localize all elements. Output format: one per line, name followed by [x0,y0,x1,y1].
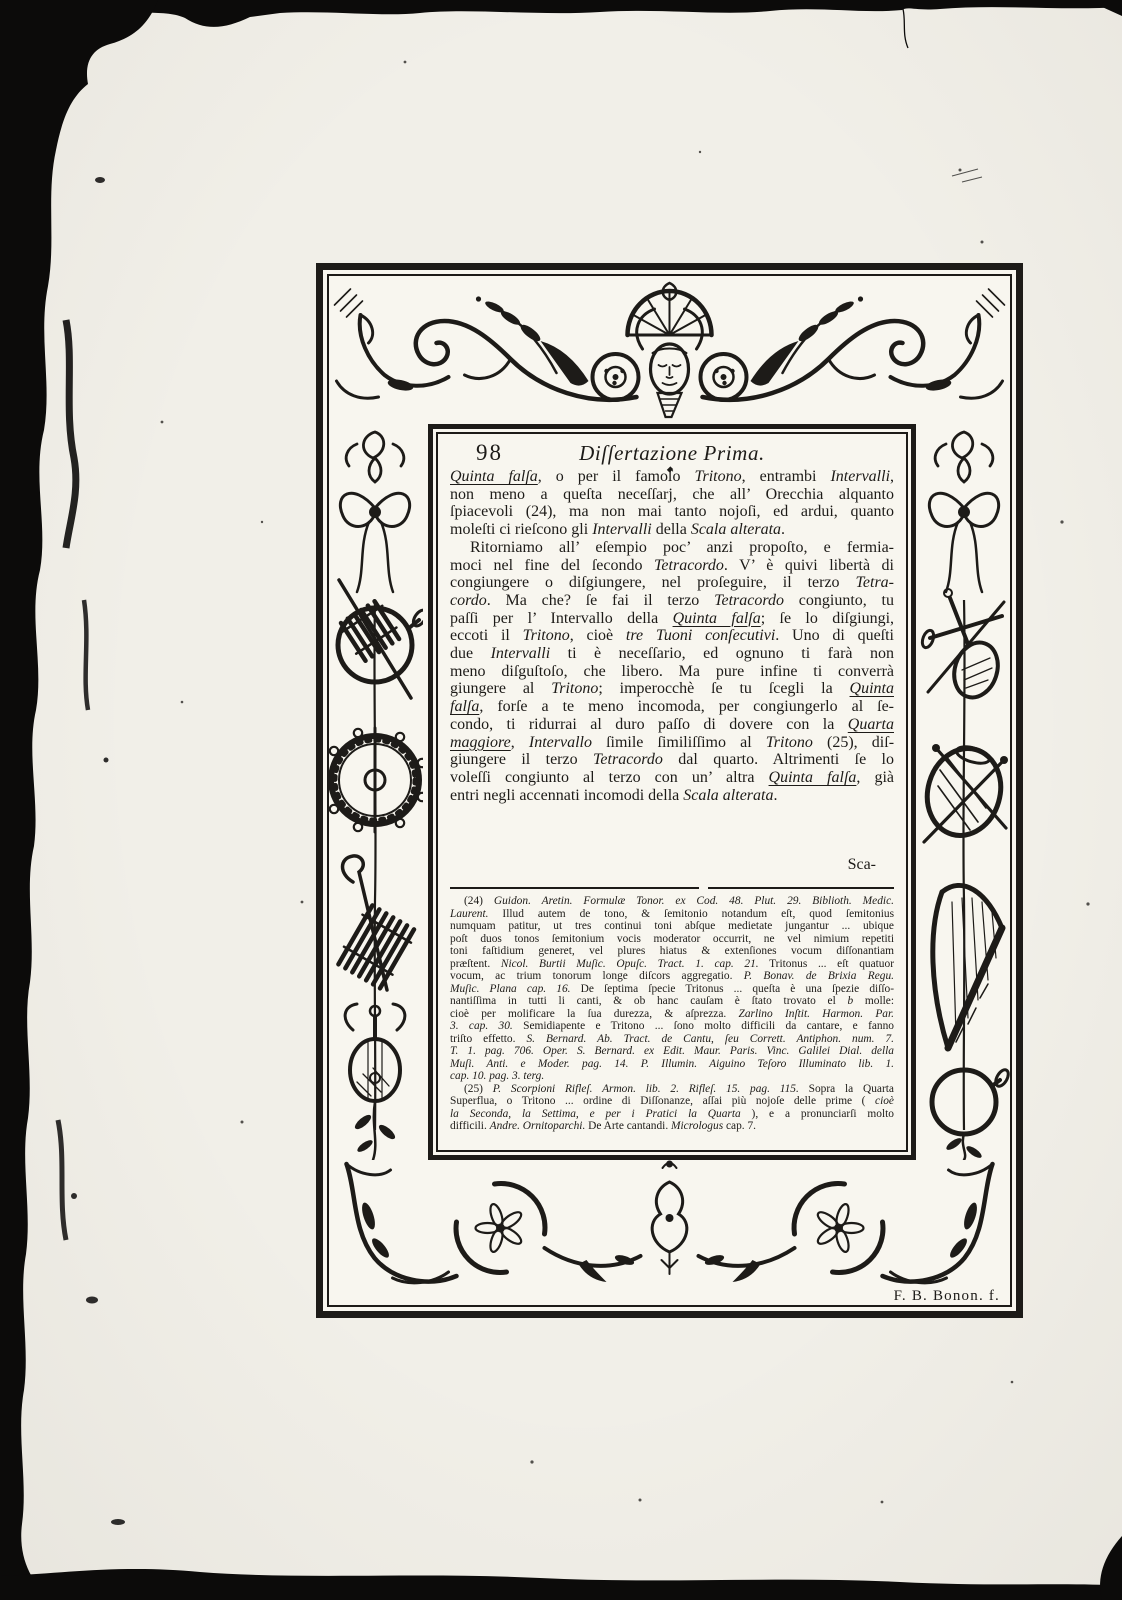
text-run: giungere al [450,680,551,697]
text-line: (25) P. Scorpioni Rifleſ. Armon. lib. 2.… [450,1083,894,1096]
text-run: voleſſi congiunto al terzo con un’ altra [450,769,769,786]
text-line: 3. cap. 30. Semidiapente e Tritono ... ſ… [450,1020,894,1033]
scanned-page: F. B. Bonon. f. 98 Diſſertazione Prima. … [0,0,1122,1600]
text-line: due Intervalli ti è neceſſario, ed ognun… [450,645,894,663]
text-run: Quinta falſa [450,468,538,485]
text-line: Superflua, o Tritono ... ordine di Diſſo… [450,1095,894,1108]
text-line: toni faſtidium generet, vel plures hiatu… [450,945,894,958]
text-run: ; ſe lo diſgiungi, [761,610,894,627]
text-run: Scala alterata [683,787,773,804]
text-run: Intervalli [830,468,890,485]
body-text: Quinta falſa, o per il famoſo Tritono, e… [450,468,894,804]
text-run: Tritonus ... eſt quatuor [759,958,894,970]
text-run: congiunto, tu [784,592,894,609]
text-run: (24) [464,895,494,907]
text-line: eccoti il Tritono, cioè tre Tuoni conſec… [450,627,894,645]
text-run: . [781,521,785,538]
text-run: meno diſguſtoſo, che libero. Ma pure inf… [450,663,894,680]
text-run: dal quarto. Altrimenti ſe lo [663,751,894,768]
text-run: non meno a queſta neceſſarj, che all’ Or… [450,486,894,503]
text-run: molle: [853,995,894,1007]
text-line: la Seconda, la Settima, e per i Pratici … [450,1108,894,1121]
text-run: cap. 7. [723,1120,756,1132]
text-run: Intervallo [529,734,592,751]
text-run: S. Bernard. Ab. Tract. de Cantu [526,1033,711,1045]
text-run: Guidon. Aretin. Formulæ Tonor. ex Cod. 4… [494,895,894,907]
text-run: congiungere o diſgiungere, nel proſeguir… [450,574,855,591]
text-run: toni faſtidium generet, vel plures hiatu… [450,945,894,957]
paragraph: (24) Guidon. Aretin. Formulæ Tonor. ex C… [450,895,894,1083]
text-run: Nicol. Burtii Muſic. Opuſc. Tract. 1. ca… [501,958,759,970]
text-run: Laurent. [450,908,489,920]
text-run: cap. 10. pag. 3. terg. [450,1070,544,1082]
text-line: Ritorniamo all’ eſempio poc’ anzi propoſ… [450,539,894,557]
text-run: maggiore [450,734,511,751]
text-run: P. Bonav. de Brixia Regu. [744,970,894,982]
text-run: De Arte cantandi. [585,1120,671,1132]
text-line: maggiore, Intervallo ſimile ſimiliſſimo … [450,734,894,752]
text-run: , entrambi [742,468,831,485]
text-run: Ritorniamo all’ eſempio poc’ anzi propoſ… [470,539,894,556]
text-run: della [652,521,691,538]
text-run: Zarlino Inſtit. Harmon. Par. [739,1008,894,1020]
text-run: cioè [875,1095,894,1107]
text-run: Quinta [850,680,894,697]
text-run: poſt duos tonos ſemitonium vocis moderat… [450,933,894,945]
text-run: Tetracordo [654,557,724,574]
text-run: Illud autem de tono, & ſemitonio notandu… [489,908,895,920]
text-line: difficili. Andre. Ornitoparchi. De Arte … [450,1120,894,1133]
text-run: tre Tuoni conſecutivi [626,627,775,644]
text-line: giungere al Tritono; imperocchè ſe tu ſc… [450,680,894,698]
text-run: . V’ è quivi libertà di [724,557,894,574]
musical-trophy-left-icon [327,430,423,1160]
text-line: nantiſſima in tutti li canti, & ob hanc … [450,995,894,1008]
text-line: Muſi. Anti. e Moder. pag. 14. P. Illumin… [450,1058,894,1071]
text-run: Muſi. Anti. e Moder. pag. 14. P. Illumin… [450,1058,894,1070]
acanthus-scroll-ornament-icon [330,1156,1009,1304]
text-run: , già [856,769,894,786]
text-run: . Uno di queſti [775,627,894,644]
text-run: Muſic. Plana cap. 16. [450,983,571,995]
text-run: Tritono [694,468,741,485]
text-run: ſimile ſimiliſſimo al [592,734,766,751]
mask-cartouche-ornament-icon [330,277,1009,429]
text-run: moleſti ci rieſcono gli [450,521,592,538]
text-run: 3. cap. 30. [450,1020,513,1032]
text-line: Muſic. Plana cap. 16. De ſeptima ſpecie … [450,983,894,996]
footnote-rule-left [450,887,699,889]
text-run: P. Scorpioni Rifleſ. Armon. lib. 2. Rifl… [493,1083,799,1095]
text-run: Micrologus [671,1120,723,1132]
text-line: condo, ti ridurrai al duro paſſo di dove… [450,716,894,734]
text-run: præſtent. [450,958,501,970]
text-line: triſto effetto. S. Bernard. Ab. Tract. d… [450,1033,894,1046]
running-title: Diſſertazione Prima. [450,441,894,466]
text-run: Superflua, o Tritono ... ordine di Diſſo… [450,1095,875,1107]
text-run: , forſe a te meno incomoda, per congiung… [479,698,894,715]
page-header: 98 Diſſertazione Prima. [450,440,894,468]
text-line: poſt duos tonos ſemitonium vocis moderat… [450,933,894,946]
footnotes: (24) Guidon. Aretin. Formulæ Tonor. ex C… [450,895,894,1133]
text-run: vocum, ac trium tonorum longe diſcors ag… [450,970,744,982]
text-line: numquam patitur, ut tres continui toni a… [450,920,894,933]
text-run: cordo [450,592,487,609]
footnote-rule-right [708,887,894,889]
text-line: ſpiacevoli (24), ma non mai tanto nojoſi… [450,503,894,521]
text-run: Tritono [766,734,813,751]
text-run: T. 1. pag. 706. Oper. S. Bernard. ex Edi… [450,1045,894,1057]
text-run: difficili. [450,1120,490,1132]
text-run: Scala alterata [691,521,781,538]
text-run: (25) [464,1083,493,1095]
text-run: numquam patitur, ut tres continui toni a… [450,920,894,932]
text-run: Tetra- [855,574,894,591]
text-line: falſa, forſe a te meno incomoda, per con… [450,698,894,716]
text-run: . [773,787,777,804]
text-run: Intervalli [491,645,551,662]
text-line: cioè per molificare la ſua durezza, & aſ… [450,1008,894,1021]
text-run: Sopra la Quarta [799,1083,894,1095]
text-run: Tritono [523,627,570,644]
text-line: cordo. Ma che? ſe fai il terzo Tetracord… [450,592,894,610]
text-run: (25), diſ- [813,734,894,751]
paragraph: Ritorniamo all’ eſempio poc’ anzi propoſ… [450,539,894,805]
text-line: congiungere o diſgiungere, nel proſeguir… [450,574,894,592]
text-line: cap. 10. pag. 3. terg. [450,1070,894,1083]
text-run: ), e a pronunciarſi molto [741,1108,894,1120]
text-run: nantiſſima in tutti li canti, & ob hanc … [450,995,847,1007]
text-run: Tetracordo [593,751,663,768]
text-run: paſſi per l’ Intervallo della [450,610,673,627]
text-line: moci nel fine del ſecondo Tetracordo. V’… [450,557,894,575]
text-line: (24) Guidon. Aretin. Formulæ Tonor. ex C… [450,895,894,908]
text-line: entri negli accennati incomodi della Sca… [450,787,894,805]
text-run: Quarta [848,716,894,733]
text-run: due [450,645,491,662]
text-run: eccoti il [450,627,523,644]
text-run: condo, ti ridurrai al duro paſſo di dove… [450,716,848,733]
catchword: Sca- [450,856,894,874]
text-run: moci nel fine del ſecondo [450,557,654,574]
text-run: giungere il terzo [450,751,593,768]
text-line: giungere il terzo Tetracordo dal quarto.… [450,751,894,769]
text-run: ti è neceſſario, ed ognuno ti farà non [550,645,894,662]
text-line: meno diſguſtoſo, che libero. Ma pure inf… [450,663,894,681]
text-run: Semidiapente e Tritono ... ſono molto di… [513,1020,894,1032]
footnote-rule [450,887,894,889]
text-run: Tetracordo [714,592,784,609]
text-line: moleſti ci rieſcono gli Intervalli della… [450,521,894,539]
paragraph: Quinta falſa, o per il famoſo Tritono, e… [450,468,894,539]
text-run: . Ma che? ſe fai il terzo [487,592,714,609]
text-line: non meno a queſta neceſſarj, che all’ Or… [450,486,894,504]
text-run: Quinta falſa [769,769,857,786]
paragraph: (25) P. Scorpioni Rifleſ. Armon. lib. 2.… [450,1083,894,1133]
text-run: falſa [450,698,479,715]
text-run: Intervalli [592,521,652,538]
text-run: ſpiacevoli (24), ma non mai tanto nojoſi… [450,503,894,520]
text-run: ſeu Corrett. Antiphon. num. 7. [725,1033,894,1045]
text-run: , [711,1033,725,1045]
text-line: præſtent. Nicol. Burtii Muſic. Opuſc. Tr… [450,958,894,971]
text-run: , [511,734,529,751]
text-run: Andre. Ornitoparchi. [490,1120,586,1132]
text-line: voleſſi congiunto al terzo con un’ altra… [450,769,894,787]
text-run: entri negli accennati incomodi della [450,787,683,804]
text-run: triſto effetto. [450,1033,526,1045]
panel-content: 98 Diſſertazione Prima. Quinta falſa, o … [438,434,906,1150]
text-run: , cioè [570,627,626,644]
text-line: T. 1. pag. 706. Oper. S. Bernard. ex Edi… [450,1045,894,1058]
text-line: Laurent. Illud autem de tono, & ſemitoni… [450,908,894,921]
text-run: De ſeptima ſpecie Tritonus ... queſta è … [571,983,895,995]
text-panel: 98 Diſſertazione Prima. Quinta falſa, o … [428,424,916,1160]
text-line: Quinta falſa, o per il famoſo Tritono, e… [450,468,894,486]
text-run: Quinta falſa [673,610,761,627]
engraver-signature: F. B. Bonon. f. [888,1287,1006,1305]
text-run: , [890,468,894,485]
musical-trophy-right-icon [916,430,1012,1160]
text-run: ; imperocchè ſe tu ſcegli la [598,680,849,697]
text-run: cioè per molificare la ſua durezza, & aſ… [450,1008,739,1020]
text-line: vocum, ac trium tonorum longe diſcors ag… [450,970,894,983]
text-run: Tritono [551,680,598,697]
text-line: paſſi per l’ Intervallo della Quinta fal… [450,610,894,628]
text-run: la Seconda, la Settima, e per i Pratici … [450,1108,741,1120]
